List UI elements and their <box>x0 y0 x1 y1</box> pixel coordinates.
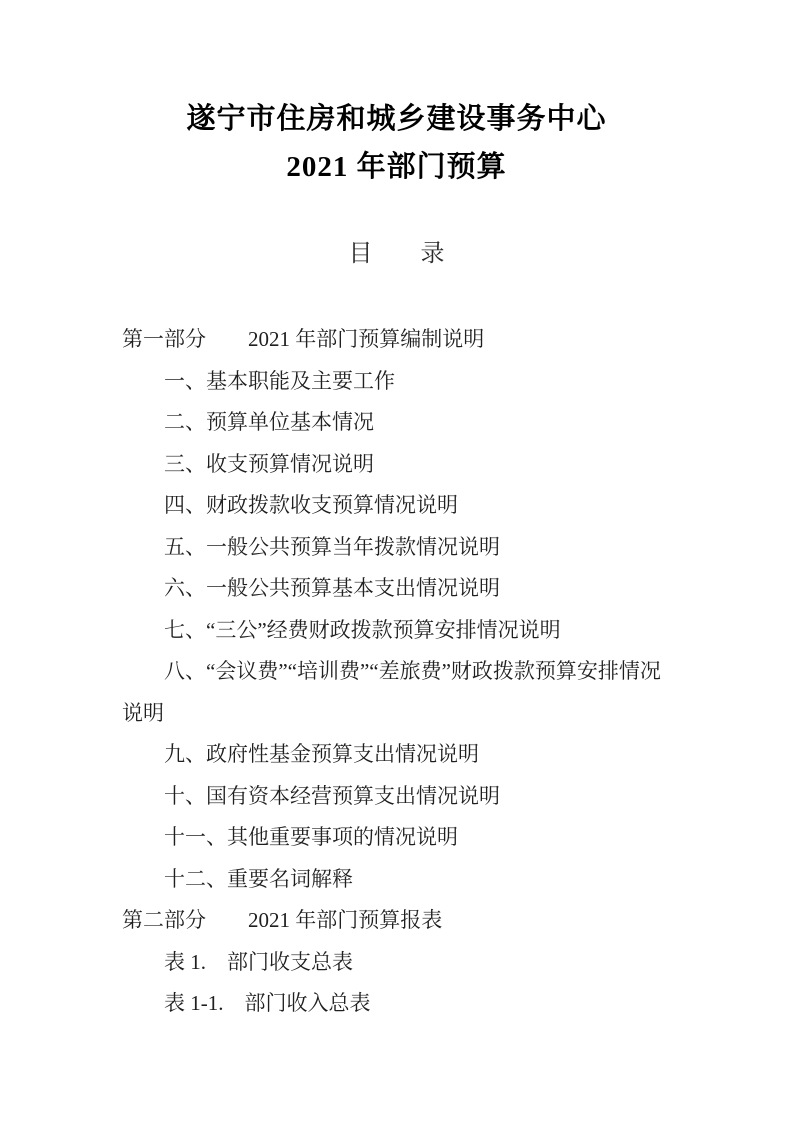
toc-part-2-label: 第二部分 <box>122 908 206 932</box>
toc-table-1-1: 表 1-1. 部门收入总表 <box>122 983 674 1025</box>
toc-item-11: 十一、其他重要事项的情况说明 <box>122 817 674 859</box>
table-of-contents: 第一部分2021 年部门预算编制说明 一、基本职能及主要工作 二、预算单位基本情… <box>122 319 674 1025</box>
toc-heading: 目 录 <box>0 238 793 270</box>
toc-part-2-title: 2021 年部门预算报表 <box>248 908 442 932</box>
toc-item-1: 一、基本职能及主要工作 <box>122 361 674 403</box>
toc-item-7: 七、“三公”经费财政拨款预算安排情况说明 <box>122 610 674 652</box>
toc-item-5: 五、一般公共预算当年拨款情况说明 <box>122 527 674 569</box>
toc-item-10: 十、国有资本经营预算支出情况说明 <box>122 776 674 818</box>
document-title-line2: 2021 年部门预算 <box>0 143 793 191</box>
toc-item-3: 三、收支预算情况说明 <box>122 444 674 486</box>
toc-item-6: 六、一般公共预算基本支出情况说明 <box>122 568 674 610</box>
document-page: 遂宁市住房和城乡建设事务中心 2021 年部门预算 目 录 第一部分2021 年… <box>0 0 793 1122</box>
document-title: 遂宁市住房和城乡建设事务中心 2021 年部门预算 <box>0 95 793 191</box>
toc-part-1: 第一部分2021 年部门预算编制说明 <box>122 319 674 361</box>
document-title-line1: 遂宁市住房和城乡建设事务中心 <box>0 95 793 143</box>
toc-part-2: 第二部分2021 年部门预算报表 <box>122 900 674 942</box>
toc-part-1-label: 第一部分 <box>122 327 206 351</box>
toc-part-1-title: 2021 年部门预算编制说明 <box>248 327 484 351</box>
toc-item-4: 四、财政拨款收支预算情况说明 <box>122 485 674 527</box>
toc-item-8: 八、“会议费”“培训费”“差旅费”财政拨款预算安排情况说明 <box>122 651 674 734</box>
toc-table-1: 表 1. 部门收支总表 <box>122 942 674 984</box>
toc-item-9: 九、政府性基金预算支出情况说明 <box>122 734 674 776</box>
toc-item-2: 二、预算单位基本情况 <box>122 402 674 444</box>
toc-item-12: 十二、重要名词解释 <box>122 859 674 901</box>
